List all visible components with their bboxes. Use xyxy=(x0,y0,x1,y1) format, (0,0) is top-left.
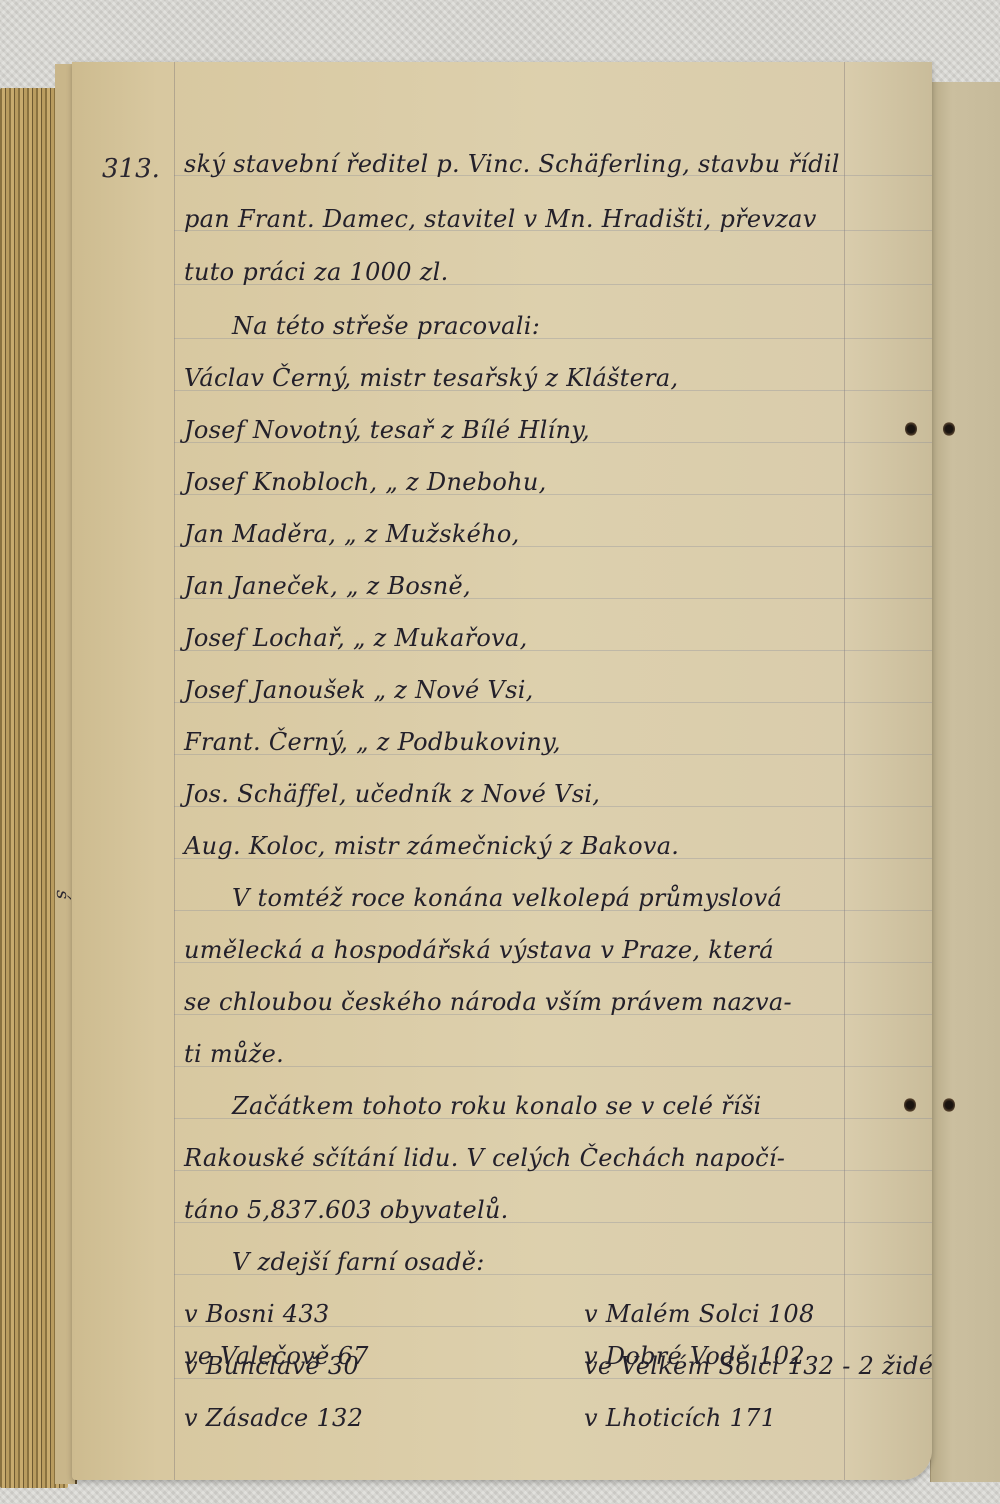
census-row: ve Valečově 67 v Dobré Vodě 102 xyxy=(184,1342,884,1370)
census-count: 108 xyxy=(768,1300,815,1328)
binding-hole xyxy=(943,1098,955,1112)
census-place: v Zásadce xyxy=(184,1404,309,1432)
census-count: 67 xyxy=(338,1342,369,1370)
worker-line: Aug. Koloc, mistr zámečnický z Bakova. xyxy=(184,832,679,860)
census-count: 132 xyxy=(316,1404,363,1432)
census-place: v Dobré Vodě xyxy=(584,1342,750,1370)
worker-line: Josef Janoušek „ z Nové Vsi, xyxy=(184,676,534,704)
facing-page-edge xyxy=(930,82,1000,1482)
worker-line: Josef Knobloch, „ z Dnebohu, xyxy=(184,468,547,496)
text-line: tuto práci za 1000 zl. xyxy=(184,258,449,286)
text-line: pan Frant. Damec, stavitel v Mn. Hradišt… xyxy=(184,205,817,233)
worker-line: Josef Lochař, „ z Mukařova, xyxy=(184,624,528,652)
census-count: 102 xyxy=(758,1342,805,1370)
text-line: ský stavební ředitel p. Vinc. Schäferlin… xyxy=(184,150,840,178)
census-count: 433 xyxy=(283,1300,330,1328)
text-line: Na této střeše pracovali: xyxy=(232,312,540,340)
census-place: v Lhoticích xyxy=(584,1404,722,1432)
text-line: Začátkem tohoto roku konalo se v celé ří… xyxy=(232,1092,762,1120)
margin-mark: ś xyxy=(52,890,73,899)
ruled-line xyxy=(174,1066,932,1067)
binding-hole xyxy=(905,422,917,436)
text-line: umělecká a hospodářská výstava v Praze, … xyxy=(184,936,774,964)
worker-line: Frant. Černý, „ z Podbukoviny, xyxy=(184,728,561,756)
text-line: V zdejší farní osadě: xyxy=(232,1248,485,1276)
worker-line: Josef Novotný, tesař z Bílé Hlíny, xyxy=(184,416,590,444)
worker-line: Jan Maděra, „ z Mužského, xyxy=(184,520,520,548)
worker-line: Jos. Schäffel, učedník z Nové Vsi, xyxy=(184,780,600,808)
text-line: V tomtéž roce konána velkolepá průmyslov… xyxy=(232,884,782,912)
entry-number: 313. xyxy=(102,154,160,184)
text-line: se chloubou českého národa vším právem n… xyxy=(184,988,792,1016)
text-line: ti může. xyxy=(184,1040,284,1068)
right-margin-line xyxy=(844,62,845,1480)
census-count: 171 xyxy=(730,1404,777,1432)
ledger-page: 313. ský stavební ředitel p. Vinc. Schäf… xyxy=(72,62,932,1480)
census-row: v Bosni 433 v Malém Solci 108 xyxy=(184,1300,884,1328)
binding-hole xyxy=(943,422,955,436)
census-place: v Malém Solci xyxy=(584,1300,760,1328)
binding-hole xyxy=(904,1098,916,1112)
census-cell-right: v Malém Solci 108 xyxy=(584,1300,815,1328)
census-place: v Bosni xyxy=(184,1300,275,1328)
left-margin-line xyxy=(174,62,175,1480)
worker-line: Jan Janeček, „ z Bosně, xyxy=(184,572,471,600)
census-cell-right: v Dobré Vodě 102 xyxy=(584,1342,805,1370)
census-cell-right: v Lhoticích 171 xyxy=(584,1404,776,1432)
census-place: ve Valečově xyxy=(184,1342,330,1370)
census-row: v Zásadce 132 v Lhoticích 171 xyxy=(184,1404,884,1432)
worker-line: Václav Černý, mistr tesařský z Kláštera, xyxy=(184,364,678,392)
text-line: táno 5,837.603 obyvatelů. xyxy=(184,1196,509,1224)
text-line: Rakouské sčítání lidu. V celých Čechách … xyxy=(184,1144,785,1172)
